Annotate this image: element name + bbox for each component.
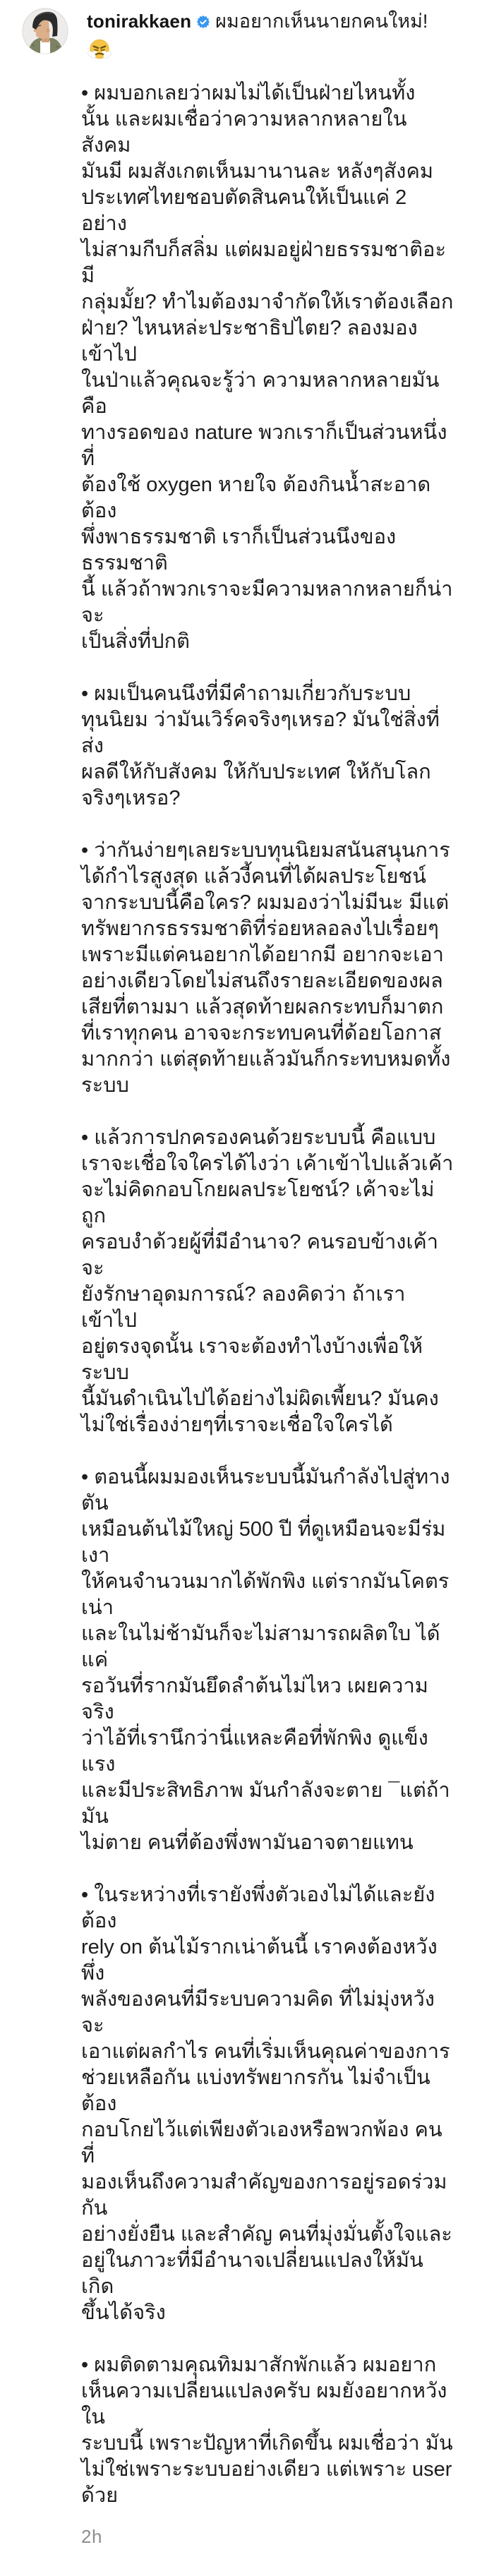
- post: tonirakkaen ผมอยากเห็นนายกคนใหม่!: [0, 0, 494, 2576]
- username[interactable]: tonirakkaen: [87, 11, 191, 32]
- verified-badge-icon: [196, 8, 210, 23]
- timestamp[interactable]: 2h: [81, 2526, 454, 2548]
- post-header: tonirakkaen ผมอยากเห็นนายกคนใหม่!: [87, 7, 454, 35]
- post-paragraph: • ผมเป็นคนนึงที่มีคำถามเกี่ยวกับระบบ ทุน…: [81, 681, 454, 812]
- post-paragraph: • ในระหว่างที่เรายังพึ่งตัวเองไม่ได้และย…: [81, 1882, 454, 2326]
- post-paragraph: • ผมบอกเลยว่าผมไม่ได้เป็นฝ่ายไหนทั้ง นั้…: [81, 80, 454, 655]
- steam-from-nose-emoji-icon: [87, 38, 454, 62]
- post-paragraph: • แล้วการปกครองคนด้วยระบบนี้ คือแบบ เราจ…: [81, 1125, 454, 1438]
- post-content: tonirakkaen ผมอยากเห็นนายกคนใหม่!: [0, 0, 494, 2576]
- post-paragraph: • ตอนนี้ผมมองเห็นระบบนี้มันกำลังไปสู่ทาง…: [81, 1464, 454, 1856]
- caption-intro: ผมอยากเห็นนายกคนใหม่!: [215, 11, 428, 32]
- post-body: • ผมบอกเลยว่าผมไม่ได้เป็นฝ่ายไหนทั้ง นั้…: [81, 80, 454, 2509]
- avatar[interactable]: [22, 8, 68, 54]
- post-paragraph: • ผมติดตามคุณทิมมาสักพักแล้ว ผมอยาก เห็น…: [81, 2352, 454, 2509]
- post-paragraph: • ว่ากันง่ายๆเลยระบบทุนนิยมสนันสนุนการ ไ…: [81, 838, 454, 1099]
- avatar-image: [22, 8, 68, 54]
